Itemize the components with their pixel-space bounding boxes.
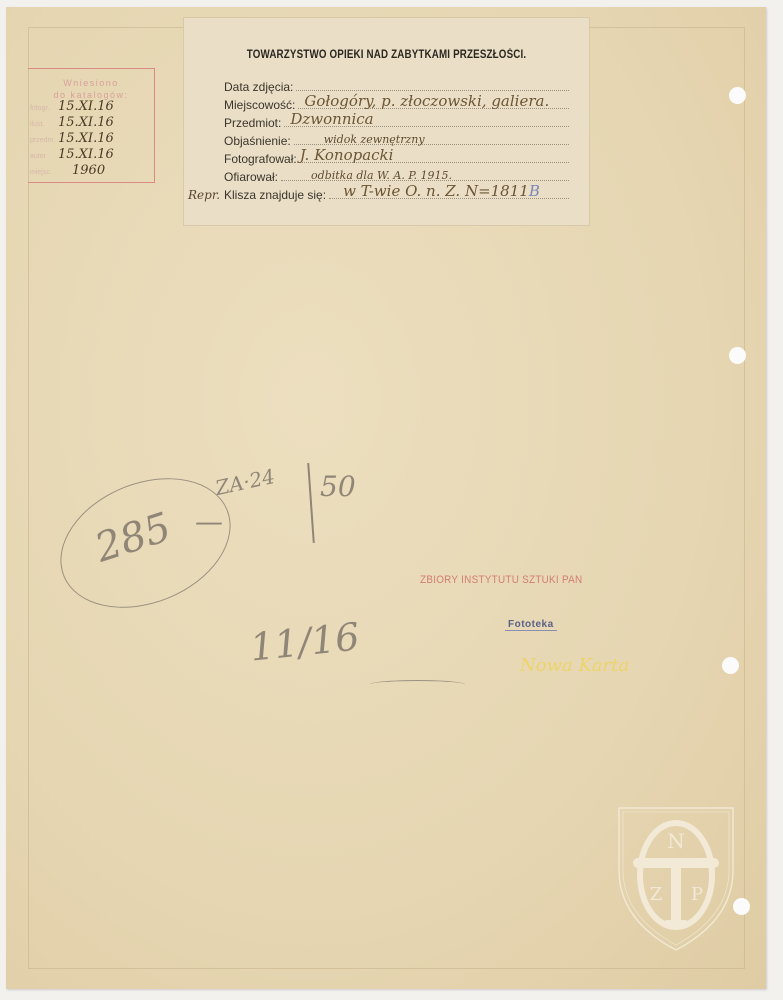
catalogue-entry: 15.XI.16 xyxy=(58,115,114,131)
catalogue-stamp-side-labels: fotogr. ilust. przedm. autor miejsc. xyxy=(30,101,55,181)
institute-stamp: ZBIORY INSTYTUTU SZTUKI PAN xyxy=(420,574,582,586)
punch-hole xyxy=(729,347,746,364)
field-location: Miejscowość: Gołogóry, p. złoczowski, ga… xyxy=(224,94,569,112)
pencil-dash: — xyxy=(195,505,223,538)
catalogue-entries: 15.XI.16 15.XI.16 15.XI.16 15.XI.16 1960 xyxy=(58,99,114,179)
field-explanation: Objaśnienie: widok zewnętrzny xyxy=(224,130,569,148)
fototeka-stamp: Fototeka xyxy=(505,619,557,631)
svg-text:Z: Z xyxy=(650,884,663,905)
field-negative-location: Repr. Klisza znajduje się: w T-wie O. n.… xyxy=(224,184,569,202)
svg-text:P: P xyxy=(691,884,703,905)
repr-note: Repr. xyxy=(188,188,220,202)
catalogue-entry: 1960 xyxy=(58,163,114,179)
field-subject: Przedmiot: Dzwonnica xyxy=(224,112,569,130)
catalogue-stamp: Wniesiono do katalogów: fotogr. ilust. p… xyxy=(28,68,155,183)
catalogue-entry: 15.XI.16 xyxy=(58,147,114,163)
pencil-scribble xyxy=(370,680,465,689)
yellow-crayon-note: Nowa Karta xyxy=(520,655,629,676)
svg-text:N: N xyxy=(667,829,685,853)
shield-monogram-icon: N Z P xyxy=(611,800,741,958)
catalogue-entry: 15.XI.16 xyxy=(58,131,114,147)
embossed-emblem: N Z P xyxy=(611,800,741,958)
punch-hole xyxy=(722,657,739,674)
punch-hole xyxy=(729,87,746,104)
catalogue-stamp-heading: Wniesiono do katalogów: xyxy=(28,77,154,101)
pencil-fraction: 50 xyxy=(320,470,356,503)
catalogue-entry: 15.XI.16 xyxy=(58,99,114,115)
society-label: TOWARZYSTWO OPIEKI NAD ZABYTKAMI PRZESZŁ… xyxy=(183,17,590,226)
field-photographer: Fotografował: J. Konopacki xyxy=(224,148,569,166)
label-title: TOWARZYSTWO OPIEKI NAD ZABYTKAMI PRZESZŁ… xyxy=(214,49,558,61)
